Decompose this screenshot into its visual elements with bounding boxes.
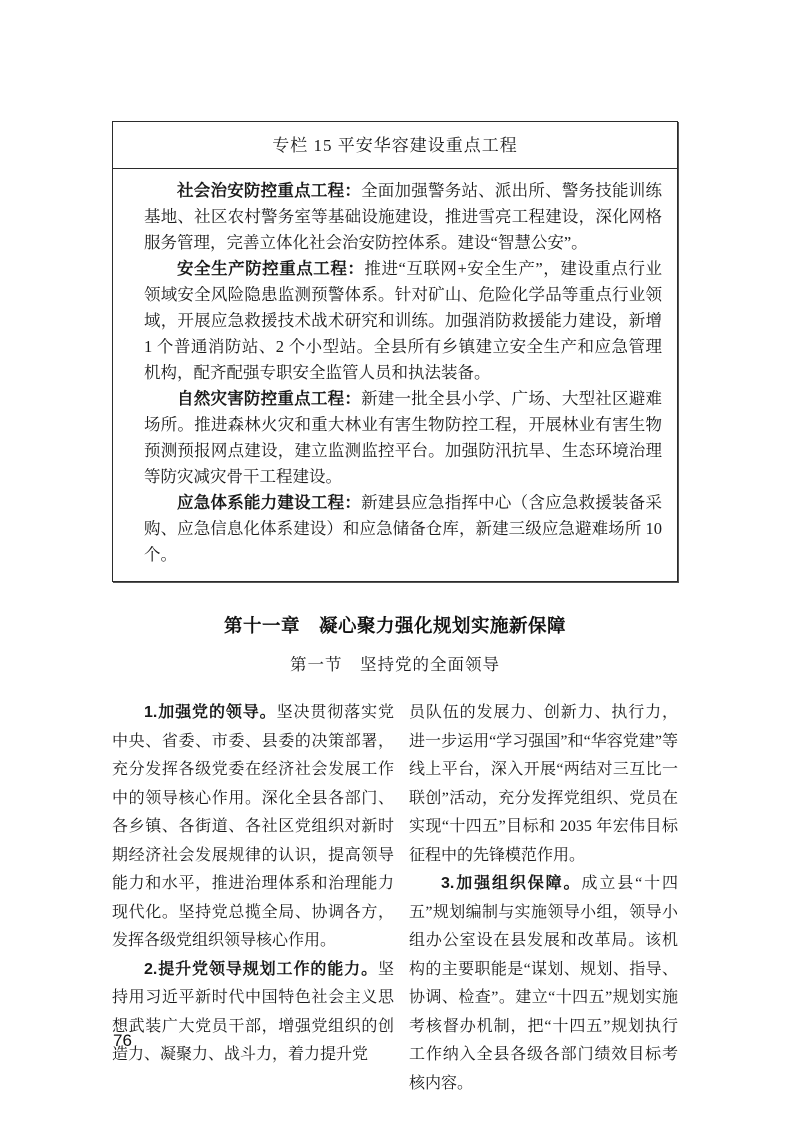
body-paragraph: 1.加强党的领导。坚决贯彻落实党中央、省委、市委、县委的决策部署，充分发挥各级党… — [112, 699, 394, 956]
box-paragraph: 自然灾害防控重点工程：新建一批全县小学、广场、大型社区避难场所。推进森林火灾和重… — [144, 386, 662, 490]
paragraph-text: 员队伍的发展力、创新力、执行力，进一步运用“学习强国”和“华容党建”等线上平台，… — [409, 704, 678, 864]
paragraph-text: 成立县“十四五”规划编制与实施领导小组，领导小组办公室设在县发展和改革局。该机构… — [409, 875, 678, 1092]
paragraph-lead: 应急体系能力建设工程： — [177, 494, 361, 512]
body-paragraph: 3.加强组织保障。成立县“十四五”规划编制与实施领导小组，领导小组办公室设在县发… — [409, 870, 678, 1098]
right-column: 员队伍的发展力、创新力、执行力，进一步运用“学习强国”和“华容党建”等线上平台，… — [409, 699, 678, 1098]
paragraph-lead: 社会治安防控重点工程： — [177, 182, 361, 200]
section-heading: 第一节 坚持党的全面领导 — [112, 654, 678, 676]
paragraph-lead: 2.提升党领导规划工作的能力。 — [144, 961, 378, 978]
page-content: 专栏 15 平安华容建设重点工程 社会治安防控重点工程：全面加强警务站、派出所、… — [112, 121, 678, 1098]
paragraph-lead: 安全生产防控重点工程： — [177, 260, 364, 278]
feature-box-body: 社会治安防控重点工程：全面加强警务站、派出所、警务技能训练基地、社区农村警务室等… — [113, 169, 677, 581]
document-page: 专栏 15 平安华容建设重点工程 社会治安防控重点工程：全面加强警务站、派出所、… — [0, 0, 793, 1122]
body-paragraph: 2.提升党领导规划工作的能力。坚持用习近平新时代中国特色社会主义思想武装广大党员… — [112, 956, 394, 1070]
box-paragraph: 安全生产防控重点工程：推进“互联网+安全生产”，建设重点行业领域安全风险隐患监测… — [144, 256, 662, 386]
two-column-body: 1.加强党的领导。坚决贯彻落实党中央、省委、市委、县委的决策部署，充分发挥各级党… — [112, 699, 678, 1098]
box-paragraph: 社会治安防控重点工程：全面加强警务站、派出所、警务技能训练基地、社区农村警务室等… — [144, 178, 662, 256]
page-number: 76 — [113, 1031, 132, 1051]
feature-box-title: 专栏 15 平安华容建设重点工程 — [113, 122, 677, 169]
body-paragraph-continuation: 员队伍的发展力、创新力、执行力，进一步运用“学习强国”和“华容党建”等线上平台，… — [409, 699, 678, 870]
chapter-heading: 第十一章 凝心聚力强化规划实施新保障 — [112, 614, 678, 638]
left-column: 1.加强党的领导。坚决贯彻落实党中央、省委、市委、县委的决策部署，充分发挥各级党… — [112, 699, 394, 1098]
feature-box: 专栏 15 平安华容建设重点工程 社会治安防控重点工程：全面加强警务站、派出所、… — [112, 121, 678, 582]
paragraph-text: 坚决贯彻落实党中央、省委、市委、县委的决策部署，充分发挥各级党委在经济社会发展工… — [112, 704, 394, 949]
box-paragraph: 应急体系能力建设工程：新建县应急指挥中心（含应急救援装备采购、应急信息化体系建设… — [144, 490, 662, 568]
paragraph-lead: 3.加强组织保障。 — [441, 875, 581, 892]
paragraph-lead: 自然灾害防控重点工程： — [177, 390, 361, 408]
paragraph-lead: 1.加强党的领导。 — [144, 704, 277, 721]
